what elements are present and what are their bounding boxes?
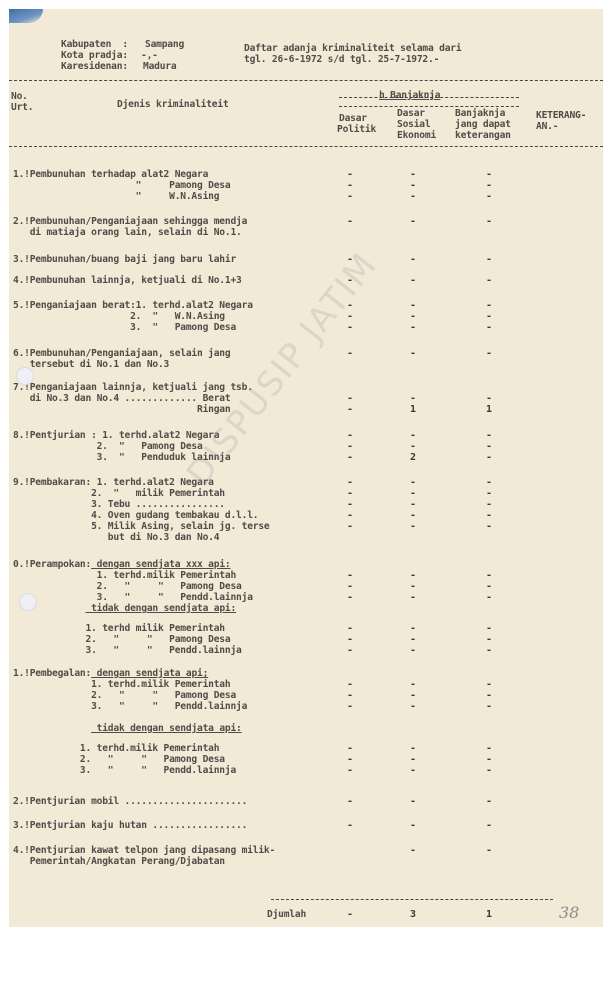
cell-dasar-sosial-ekonomi: - (406, 701, 420, 712)
cell-dasar-sosial-ekonomi: - (406, 845, 420, 856)
cell-dasar-politik: - (343, 216, 357, 227)
cell-dasar-politik: - (343, 510, 357, 521)
cell-dasar-sosial-ekonomi: 1 (406, 404, 420, 415)
table-row-label: 5.!Penganiajaan berat:1. terhd.alat2 Neg… (13, 300, 253, 311)
cell-dasar-politik: - (343, 634, 357, 645)
table-row-label: 3.!Pentjurian kaju hutan ...............… (13, 820, 247, 831)
col-dasar-politik-2: Politik (337, 124, 376, 135)
cell-dapat-keterangan: - (482, 690, 496, 701)
subheading-underlined: dengan sendjata api; (91, 668, 208, 679)
cell-dasar-sosial-ekonomi: - (406, 754, 420, 765)
cell-dasar-sosial-ekonomi: - (406, 430, 420, 441)
table-row-label: " W.N.Asing (13, 191, 219, 202)
cell-dasar-sosial-ekonomi: - (406, 570, 420, 581)
table-row-label: 2.!Pentjurian mobil ....................… (13, 796, 247, 807)
cell-dasar-sosial-ekonomi: - (406, 311, 420, 322)
total-rule (271, 899, 553, 900)
total-label: Djumlah (267, 909, 306, 920)
cell-dapat-keterangan: - (482, 311, 496, 322)
cell-dasar-politik: - (343, 690, 357, 701)
cell-dasar-sosial-ekonomi: - (406, 180, 420, 191)
cell-dasar-sosial-ekonomi: - (406, 169, 420, 180)
table-row-label: 8.!Pentjurian : 1. terhd.alat2 Negara (13, 430, 219, 441)
cell-dapat-keterangan: 1 (482, 404, 496, 415)
cell-dapat-keterangan: - (482, 430, 496, 441)
col-jenis: Djenis kriminaliteit (117, 99, 229, 110)
cell-dasar-politik: - (343, 679, 357, 690)
table-row-label: 3. " " Pendd.lainnja (13, 592, 253, 603)
cell-dapat-keterangan: - (482, 393, 496, 404)
table-row-label: 2. " " Pamong Desa (13, 754, 225, 765)
col-dapat-ket-2: jang dapat (455, 119, 511, 130)
cell-dasar-politik: - (343, 623, 357, 634)
kota-label: Kota pradja: (61, 50, 128, 61)
cell-dasar-sosial-ekonomi: - (406, 581, 420, 592)
cell-dapat-keterangan: - (482, 743, 496, 754)
table-row-label: 2. " Pamong Desa (13, 441, 203, 452)
table-row-label: di No.3 dan No.4 ............. Berat (13, 393, 230, 404)
subheading-underlined: tidak dengan sendjata api: (86, 603, 237, 614)
cell-dasar-politik: - (343, 820, 357, 831)
kabupaten-label: Kabupaten : (61, 39, 128, 50)
cell-dasar-sosial-ekonomi: - (406, 634, 420, 645)
col-dasar-sosial-3: Ekonomi (397, 130, 436, 141)
cell-dasar-politik: - (343, 300, 357, 311)
table-row-label: tidak dengan sendjata api: (13, 603, 236, 614)
table-row-label: 2. " " Pamong Desa (13, 634, 230, 645)
cell-dasar-politik: - (343, 393, 357, 404)
table-row-label: tidak dengan sendjata api: (13, 723, 242, 734)
cell-dapat-keterangan: - (482, 592, 496, 603)
cell-dapat-keterangan: - (482, 180, 496, 191)
table-row-label: 3. Tebu ................ (13, 499, 225, 510)
table-row-label: 4.!Pembunuhan lainnja, ketjuali di No.1+… (13, 275, 242, 286)
col-dasar-sosial-1: Dasar (397, 108, 425, 119)
cell-dasar-politik: - (343, 180, 357, 191)
cell-dasar-sosial-ekonomi: - (406, 645, 420, 656)
cell-dasar-sosial-ekonomi: - (406, 348, 420, 359)
table-row-label: 1. terhd.milik Pemerintah (13, 743, 219, 754)
subheading-underlined: tidak dengan sendjata api: (91, 723, 242, 734)
table-row-label: 2.!Pembunuhan/Penganiajaan sehingga mend… (13, 216, 247, 227)
col-no: No. (11, 91, 28, 102)
handwritten-page-number: 38 (559, 903, 579, 922)
cell-dapat-keterangan: - (482, 477, 496, 488)
cell-dasar-sosial-ekonomi: - (406, 521, 420, 532)
cell-dapat-keterangan: - (482, 679, 496, 690)
karesidenan-value: Madura (143, 61, 176, 72)
cell-dasar-sosial-ekonomi: - (406, 623, 420, 634)
table-row-label: 1. terhd milik Pemerintah (13, 623, 225, 634)
table-row-label: 2. " " Pamong Desa (13, 690, 236, 701)
cell-dasar-sosial-ekonomi: - (406, 820, 420, 831)
cell-dasar-sosial-ekonomi: - (406, 592, 420, 603)
col-keterangan-2: AN.- (536, 121, 558, 132)
cell-dapat-keterangan: - (482, 169, 496, 180)
cell-dapat-keterangan: - (482, 634, 496, 645)
cell-dapat-keterangan: - (482, 488, 496, 499)
table-row-label: 1.!Pembegalan: dengan sendjata api; (13, 668, 208, 679)
cell-dasar-politik: - (343, 765, 357, 776)
table-row-label: but di No.3 dan No.4 (13, 532, 219, 543)
kabupaten-value: Sampang (145, 39, 184, 50)
cell-dasar-sosial-ekonomi: - (406, 477, 420, 488)
cell-dasar-politik: - (343, 452, 357, 463)
cell-dasar-politik: - (343, 499, 357, 510)
subheading-underlined: dengan sendjata xxx api: (91, 559, 230, 570)
total-politik: - (343, 909, 357, 920)
cell-dasar-sosial-ekonomi: - (406, 510, 420, 521)
table-row-label: 3. " " Pendd.lainnja (13, 701, 247, 712)
cell-dasar-sosial-ekonomi: - (406, 765, 420, 776)
cell-dasar-sosial-ekonomi: - (406, 275, 420, 286)
table-row-label: 2. " milik Pemerintah (13, 488, 225, 499)
cell-dasar-politik: - (343, 311, 357, 322)
cell-dasar-sosial-ekonomi: - (406, 393, 420, 404)
col-dasar-sosial-2: Sosial (397, 119, 430, 130)
cell-dapat-keterangan: - (482, 570, 496, 581)
cell-dasar-sosial-ekonomi: - (406, 300, 420, 311)
kota-value: -,- (141, 50, 158, 61)
total-dapat-keterangan: 1 (482, 909, 496, 920)
cell-dapat-keterangan: - (482, 623, 496, 634)
cell-dasar-politik: - (343, 592, 357, 603)
table-row-label: di matiaja orang lain, selain di No.1. (13, 227, 242, 238)
cell-dasar-politik: - (343, 169, 357, 180)
cell-dapat-keterangan: - (482, 581, 496, 592)
cell-dasar-politik: - (343, 441, 357, 452)
header-rule (9, 80, 603, 81)
table-row-label: " Pamong Desa (13, 180, 230, 191)
cell-dapat-keterangan: - (482, 254, 496, 265)
cell-dasar-politik: - (343, 701, 357, 712)
table-row-label: 1. terhd.milik Pemerintah (13, 679, 230, 690)
cell-dasar-politik: - (343, 275, 357, 286)
table-row-label: 1.!Pembunuhan terhadap alat2 Negara (13, 169, 208, 180)
table-row-label: 3.!Pembunuhan/buang baji jang baru lahir (13, 254, 236, 265)
cell-dapat-keterangan: - (482, 820, 496, 831)
cell-dasar-politik: - (343, 322, 357, 333)
cell-dapat-keterangan: - (482, 452, 496, 463)
cell-dapat-keterangan: - (482, 754, 496, 765)
cell-dasar-politik: - (343, 570, 357, 581)
cell-dapat-keterangan: - (482, 701, 496, 712)
table-row-label: 6.!Pembunuhan/Penganiajaan, selain jang (13, 348, 230, 359)
table-row-label: Pemerintah/Angkatan Perang/Djabatan (13, 856, 225, 867)
cell-dasar-politik: - (343, 796, 357, 807)
cell-dasar-politik: - (343, 521, 357, 532)
col-dapat-ket-3: keterangan (455, 130, 511, 141)
cell-dapat-keterangan: - (482, 300, 496, 311)
cell-dasar-politik: - (343, 488, 357, 499)
banjaknja-underline (339, 106, 519, 107)
cell-dasar-politik: - (343, 581, 357, 592)
table-row-label: tersebut di No.1 dan No.3 (13, 359, 169, 370)
cell-dasar-politik: - (343, 191, 357, 202)
cell-dapat-keterangan: - (482, 645, 496, 656)
punch-hole (19, 593, 37, 611)
col-dapat-ket-1: Banjaknja (455, 108, 505, 119)
cell-dasar-sosial-ekonomi: - (406, 679, 420, 690)
cell-dasar-politik: - (343, 743, 357, 754)
cell-dasar-politik: - (343, 404, 357, 415)
karesidenan-label: Karesidenan: (61, 61, 128, 72)
cell-dasar-sosial-ekonomi: - (406, 499, 420, 510)
table-row-label: 0.!Perampokan: dengan sendjata xxx api: (13, 559, 230, 570)
table-row-label: Ringan (13, 404, 230, 415)
cell-dasar-politik: - (343, 348, 357, 359)
table-row-label: 7.!Penganiajaan lainnja, ketjuali jang t… (13, 382, 253, 393)
cell-dasar-politik: - (343, 477, 357, 488)
cell-dapat-keterangan: - (482, 275, 496, 286)
cell-dapat-keterangan: - (482, 348, 496, 359)
document-title-line2: tgl. 26-6-1972 s/d tgl. 25-7-1972.- (244, 54, 439, 65)
punch-hole (16, 367, 34, 385)
cell-dasar-sosial-ekonomi: 2 (406, 452, 420, 463)
table-row-label: 4.!Pentjurian kawat telpon jang dipasang… (13, 845, 275, 856)
col-dasar-politik-1: Dasar (339, 113, 367, 124)
document-title-line1: Daftar adanja kriminaliteit selama dari (244, 43, 461, 54)
table-row-label: 2. " " Pamong Desa (13, 581, 242, 592)
cell-dasar-sosial-ekonomi: - (406, 216, 420, 227)
cell-dasar-politik: - (343, 254, 357, 265)
cell-dasar-politik: - (343, 645, 357, 656)
table-row-label: 3. " Penduduk lainnja (13, 452, 230, 463)
cell-dapat-keterangan: - (482, 510, 496, 521)
cell-dasar-sosial-ekonomi: - (406, 743, 420, 754)
table-row-label: 9.!Pembakaran: 1. terhd.alat2 Negara (13, 477, 214, 488)
total-sosial-ekonomi: 3 (406, 909, 420, 920)
cell-dasar-sosial-ekonomi: - (406, 322, 420, 333)
cell-dapat-keterangan: - (482, 845, 496, 856)
cell-dapat-keterangan: - (482, 216, 496, 227)
cell-dapat-keterangan: - (482, 765, 496, 776)
table-row-label: 4. Oven gudang tembakau d.l.l. (13, 510, 258, 521)
cell-dasar-sosial-ekonomi: - (406, 441, 420, 452)
table-row-label: 3. " " Pendd.lainnja (13, 645, 242, 656)
col-banjaknja: h Banjaknja (379, 90, 440, 101)
cell-dasar-sosial-ekonomi: - (406, 254, 420, 265)
cell-dasar-politik: - (343, 430, 357, 441)
cell-dasar-sosial-ekonomi: - (406, 690, 420, 701)
cell-dapat-keterangan: - (482, 191, 496, 202)
table-row-label: 3. " Pamong Desa (13, 322, 236, 333)
cell-dapat-keterangan: - (482, 499, 496, 510)
cell-dasar-politik: - (343, 754, 357, 765)
cell-dasar-sosial-ekonomi: - (406, 191, 420, 202)
table-row-label: 5. Milik Asing, selain jg. terse (13, 521, 270, 532)
cell-dasar-sosial-ekonomi: - (406, 488, 420, 499)
cell-dapat-keterangan: - (482, 441, 496, 452)
col-keterangan-1: KETERANG- (536, 110, 586, 121)
document-page: Kabupaten : Sampang Kota pradja: -,- Kar… (9, 9, 603, 927)
table-row-label: 1. terhd.milik Pemerintah (13, 570, 236, 581)
cell-dapat-keterangan: - (482, 796, 496, 807)
column-header-rule (9, 146, 603, 147)
table-row-label: 3. " " Pendd.lainnja (13, 765, 236, 776)
cell-dasar-sosial-ekonomi: - (406, 796, 420, 807)
col-urt: Urt. (11, 102, 33, 113)
table-row-label: 2. " W.N.Asing (13, 311, 225, 322)
cell-dapat-keterangan: - (482, 322, 496, 333)
cell-dapat-keterangan: - (482, 521, 496, 532)
